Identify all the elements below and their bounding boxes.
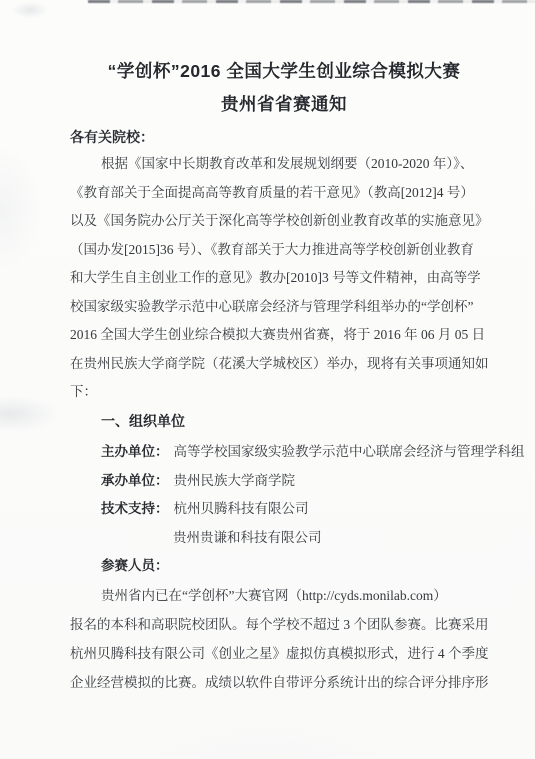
intro-line-4: （国办发[2015]36 号）、《教育部关于大力推进高等学校创新创业教育: [70, 236, 472, 265]
field-tech-support-label: 技术支持：: [101, 501, 169, 516]
intro-paragraph: 根据《国家中长期教育改革和发展规划纲要（2010-2020 年）》、 《教育部关…: [70, 150, 472, 407]
notice-title: “学创杯”2016 全国大学生创业综合模拟大赛 贵州省省赛通知: [70, 55, 472, 121]
field-tech-support-value-1: 杭州贝腾科技有限公司: [174, 501, 309, 516]
field-undertaker: 承办单位：贵州民族大学商学院: [70, 467, 472, 496]
notice-title-line-2: 贵州省省赛通知: [96, 88, 472, 121]
notice-content: “学创杯”2016 全国大学生创业综合模拟大赛 贵州省省赛通知 各有关院校： 根…: [70, 0, 472, 697]
field-participants: 参赛人员：: [70, 552, 472, 581]
participants-line-1: 贵州省内已在“学创杯”大赛官网（http://cyds.monilab.com）: [70, 581, 472, 610]
field-undertaker-label: 承办单位：: [101, 473, 169, 488]
field-participants-label: 参赛人员：: [101, 558, 169, 573]
intro-line-8: 在贵州民族大学商学院（花溪大学城校区）举办，现将有关事项通知如: [70, 350, 472, 379]
participants-line-2: 报名的本科和高职院校团队。每个学校不超过 3 个团队参赛。比赛采用: [70, 610, 472, 639]
intro-line-9: 下：: [70, 378, 472, 407]
participants-paragraph: 贵州省内已在“学创杯”大赛官网（http://cyds.monilab.com）…: [70, 581, 472, 697]
intro-line-1: 根据《国家中长期教育改革和发展规划纲要（2010-2020 年）》、: [70, 150, 472, 179]
field-tech-support-value-2: 贵州贵谦和科技有限公司: [173, 530, 322, 545]
organizer-fields: 主办单位：高等学校国家级实验教学示范中心联席会经济与管理学科组 承办单位：贵州民…: [70, 438, 472, 581]
field-undertaker-value: 贵州民族大学商学院: [174, 473, 296, 488]
salutation: 各有关院校：: [70, 128, 472, 147]
scanned-notice-page: “学创杯”2016 全国大学生创业综合模拟大赛 贵州省省赛通知 各有关院校： 根…: [0, 0, 535, 759]
field-host: 主办单位：高等学校国家级实验教学示范中心联席会经济与管理学科组: [70, 438, 472, 467]
notice-title-line-1: “学创杯”2016 全国大学生创业综合模拟大赛: [96, 55, 472, 88]
participants-line-3: 杭州贝腾科技有限公司《创业之星》虚拟仿真模拟形式，进行 4 个季度: [70, 639, 472, 668]
intro-line-2: 《教育部关于全面提高高等教育质量的若干意见》（教高[2012]4 号）: [70, 179, 472, 208]
intro-line-5: 和大学生自主创业工作的意见》教办[2010]3 号等文件精神，由高等学: [70, 264, 472, 293]
field-host-value: 高等学校国家级实验教学示范中心联席会经济与管理学科组: [174, 444, 525, 459]
field-tech-support-continued: 贵州贵谦和科技有限公司: [70, 524, 472, 553]
field-tech-support: 技术支持：杭州贝腾科技有限公司: [70, 495, 472, 524]
participants-line-4: 企业经营模拟的比赛。成绩以软件自带评分系统计出的综合评分排序形: [70, 668, 472, 697]
intro-line-6: 校国家级实验教学示范中心联席会经济与管理学科组举办的“学创杯”: [70, 293, 472, 322]
section-heading-organizers: 一、组织单位: [70, 407, 472, 436]
field-host-label: 主办单位：: [101, 444, 169, 459]
intro-line-3: 以及《国务院办公厅关于深化高等学校创新创业教育改革的实施意见》: [70, 207, 472, 236]
intro-line-7: 2016 全国大学生创业综合模拟大赛贵州省赛，将于 2016 年 06 月 05…: [70, 321, 472, 350]
